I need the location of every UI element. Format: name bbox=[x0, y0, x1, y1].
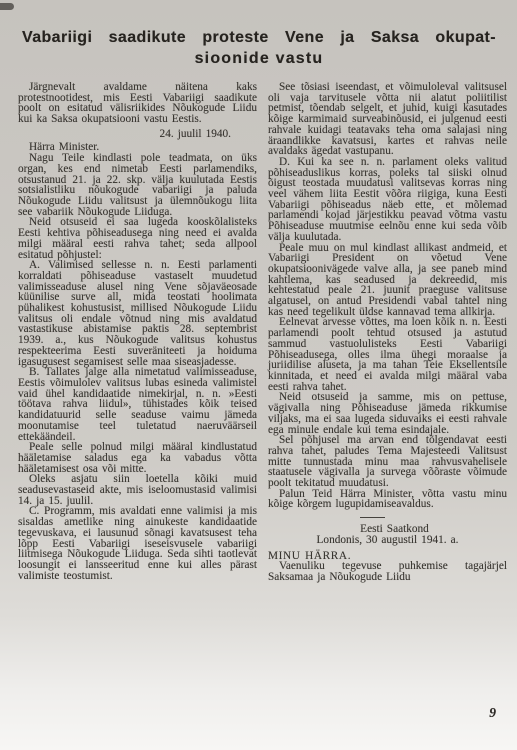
paragraph-point-c: C. Programm, mis avaldati enne valimisi … bbox=[18, 506, 257, 581]
page-number: 9 bbox=[489, 705, 496, 721]
two-column-text: Järgnevalt avaldame näitena kaks protest… bbox=[18, 82, 507, 583]
paragraph: See tõsiasi iseendast, et võimuloleval v… bbox=[268, 82, 507, 157]
paragraph: Peale muu on mul kindlast allikast andme… bbox=[268, 243, 507, 318]
paragraph-point-b: B. Tallates jalge alla nimetatud valimis… bbox=[18, 367, 257, 442]
article-title-line1: Vabariigi saadikute proteste Vene ja Sak… bbox=[22, 27, 496, 48]
intro-paragraph: Järgnevalt avaldame näitena kaks protest… bbox=[18, 82, 257, 125]
paragraph-point-a: A. Valimised sellesse n. n. Eesti parlam… bbox=[18, 260, 257, 367]
closing-paragraph: Palun Teid Härra Minister, võtta vastu m… bbox=[268, 489, 507, 510]
paragraph: Nagu Teile kindlasti pole teadmata, on ü… bbox=[18, 153, 257, 217]
article-title-line2: sioonide vastu bbox=[22, 48, 496, 69]
paragraph: Sel põhjusel ma arvan end tõlgendavat ee… bbox=[268, 435, 507, 489]
paragraph-point-d: D. Kui ka see n. n. parlament oleks vali… bbox=[268, 157, 507, 243]
letter-date: 24. juulil 1940. bbox=[18, 129, 257, 140]
scanned-document-page: Vabariigi saadikute proteste Vene ja Sak… bbox=[0, 0, 517, 750]
continuation-paragraph: Vaenuliku tegevuse puhkemise tagajärjel … bbox=[268, 561, 507, 582]
right-column: See tõsiasi iseendast, et võimuloleval v… bbox=[268, 82, 507, 583]
left-column: Järgnevalt avaldame näitena kaks protest… bbox=[18, 82, 257, 583]
paragraph: Neid otsuseid ei saa lugeda kooskõlalist… bbox=[18, 217, 257, 260]
scan-corner-mark bbox=[0, 3, 14, 10]
signature-place-date: Londonis, 30 augustil 1941. a. bbox=[268, 535, 507, 546]
paragraph: Neid otsuseid ja samme, mis on pettuse, … bbox=[268, 392, 507, 435]
paragraph: Oleks asjatu siin loetella kõiki muid se… bbox=[18, 474, 257, 506]
paragraph: Eelnevat arvesse võttes, ma loen kõik n.… bbox=[268, 317, 507, 392]
letter-salutation: Härra Minister. bbox=[18, 142, 257, 153]
article-title: Vabariigi saadikute proteste Vene ja Sak… bbox=[22, 27, 496, 69]
paragraph: Peale selle polnud milgi määral kindlust… bbox=[18, 442, 257, 474]
section-divider bbox=[360, 517, 385, 518]
